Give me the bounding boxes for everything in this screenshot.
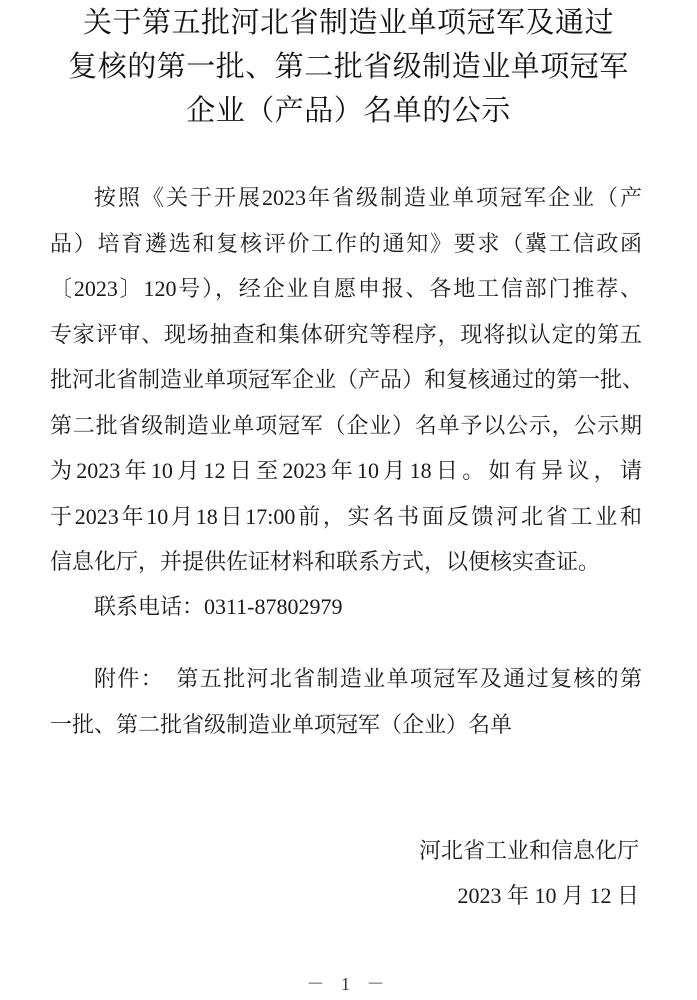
document-title: 关于第五批河北省制造业单项冠军及通过 复核的第一批、第二批省级制造业单项冠军 企… (0, 0, 697, 132)
body-line: 品）培育遴选和复核评价工作的通知》要求（冀工信政函 (50, 229, 642, 259)
title-line-2: 复核的第一批、第二批省级制造业单项冠军 (0, 44, 697, 88)
body-line: 批河北省制造业单项冠军企业（产品）和复核通过的第一批、 (50, 365, 642, 395)
title-line-3: 企业（产品）名单的公示 (0, 88, 697, 132)
page-number: － 1 － (0, 973, 697, 995)
body-line: 第二批省级制造业单项冠军（企业）名单予以公示，公示期 (50, 411, 642, 441)
attachment-line: 附件： 第五批河北省制造业单项冠军及通过复核的第 (94, 664, 642, 694)
body-line: 信息化厅，并提供佐证材料和联系方式，以便核实查证。 (50, 547, 642, 577)
body-line: 专家评审、现场抽查和集体研究等程序，现将拟认定的第五 (50, 320, 642, 350)
body-line: 按照《关于开展2023年省级制造业单项冠军企业（产 (94, 183, 642, 213)
title-line-1: 关于第五批河北省制造业单项冠军及通过 (0, 0, 697, 44)
attachment-line: 一批、第二批省级制造业单项冠军（企业）名单 (50, 710, 642, 740)
body-line: 于2023年10月18日17:00前，实名书面反馈河北省工业和 (50, 502, 642, 532)
signature-organization: 河北省工业和信息化厅 (419, 836, 639, 866)
contact-phone: 联系电话：0311-87802979 (94, 592, 642, 622)
body-line: 为2023年10月12日至2023年10月18日。如有异议，请 (50, 456, 642, 486)
signature-date: 2023 年 10 月 12 日 (457, 881, 639, 911)
body-line: 〔2023〕120号），经企业自愿申报、各地工信部门推荐、 (50, 274, 642, 304)
